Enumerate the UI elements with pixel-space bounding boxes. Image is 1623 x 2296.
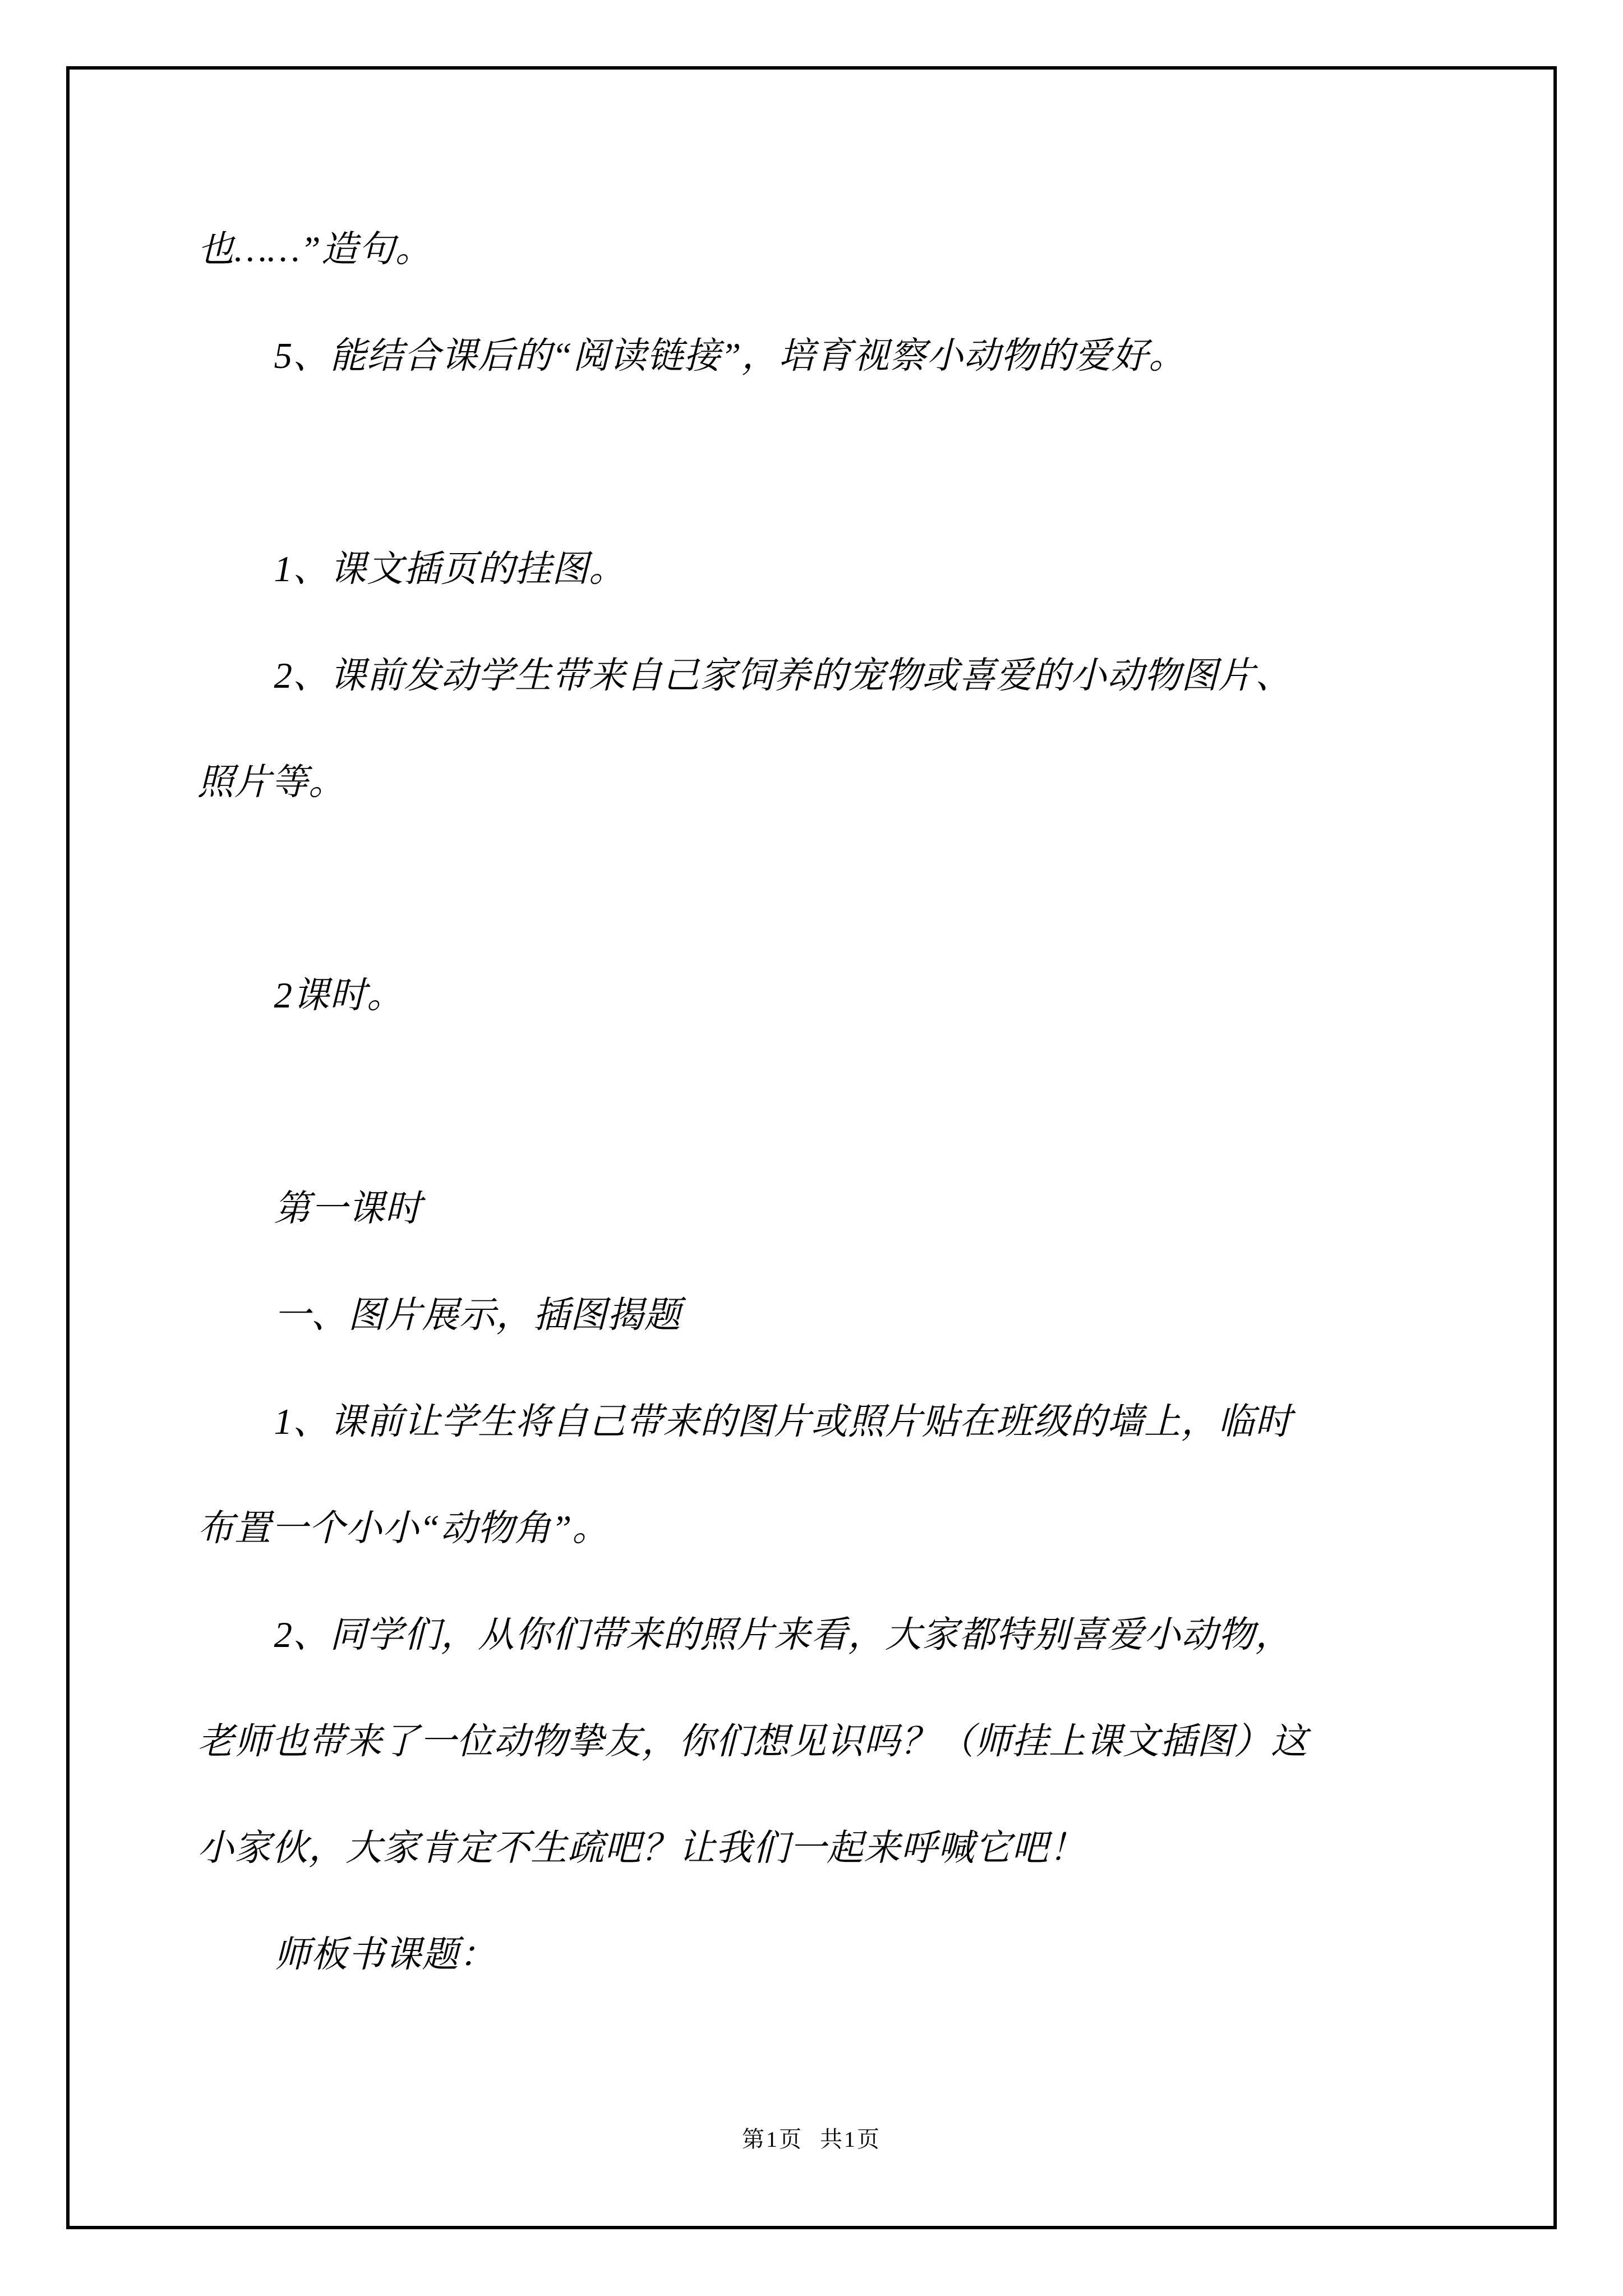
- text-line: 布置一个小小“动物角”。: [197, 1475, 1454, 1582]
- text-line: 5、能结合课后的“阅读链接”，培育视察小动物的爱好。: [197, 303, 1454, 409]
- blank-line: [197, 1049, 1454, 1156]
- footer-current-page: 第1页: [742, 2127, 803, 2152]
- text-line: 第一课时: [197, 1156, 1454, 1262]
- document-page: 也……”造句。5、能结合课后的“阅读链接”，培育视察小动物的爱好。 1、课文插页…: [0, 0, 1623, 2296]
- blank-line: [197, 836, 1454, 942]
- document-body: 也……”造句。5、能结合课后的“阅读链接”，培育视察小动物的爱好。 1、课文插页…: [197, 196, 1454, 2008]
- text-line: 小家伙，大家肯定不生疏吧？让我们一起来呼喊它吧！: [197, 1795, 1454, 1902]
- page-footer: 第1页共1页: [0, 2122, 1623, 2154]
- text-line: 一、图片展示，插图揭题: [197, 1262, 1454, 1369]
- text-line: 2课时。: [197, 942, 1454, 1049]
- blank-line: [197, 409, 1454, 516]
- text-line: 也……”造句。: [197, 196, 1454, 303]
- text-line: 照片等。: [197, 729, 1454, 836]
- page-border-frame: 也……”造句。5、能结合课后的“阅读链接”，培育视察小动物的爱好。 1、课文插页…: [66, 66, 1557, 2229]
- footer-total-pages: 共1页: [820, 2127, 881, 2152]
- text-line: 2、课前发动学生带来自己家饲养的宠物或喜爱的小动物图片、: [197, 623, 1454, 729]
- text-line: 老师也带来了一位动物挚友，你们想见识吗？（师挂上课文插图）这: [197, 1688, 1454, 1795]
- text-line: 1、课前让学生将自己带来的图片或照片贴在班级的墙上，临时: [197, 1369, 1454, 1475]
- text-line: 2、同学们，从你们带来的照片来看，大家都特别喜爱小动物，: [197, 1582, 1454, 1688]
- text-line: 师板书课题：: [197, 1902, 1454, 2008]
- text-line: 1、课文插页的挂图。: [197, 516, 1454, 623]
